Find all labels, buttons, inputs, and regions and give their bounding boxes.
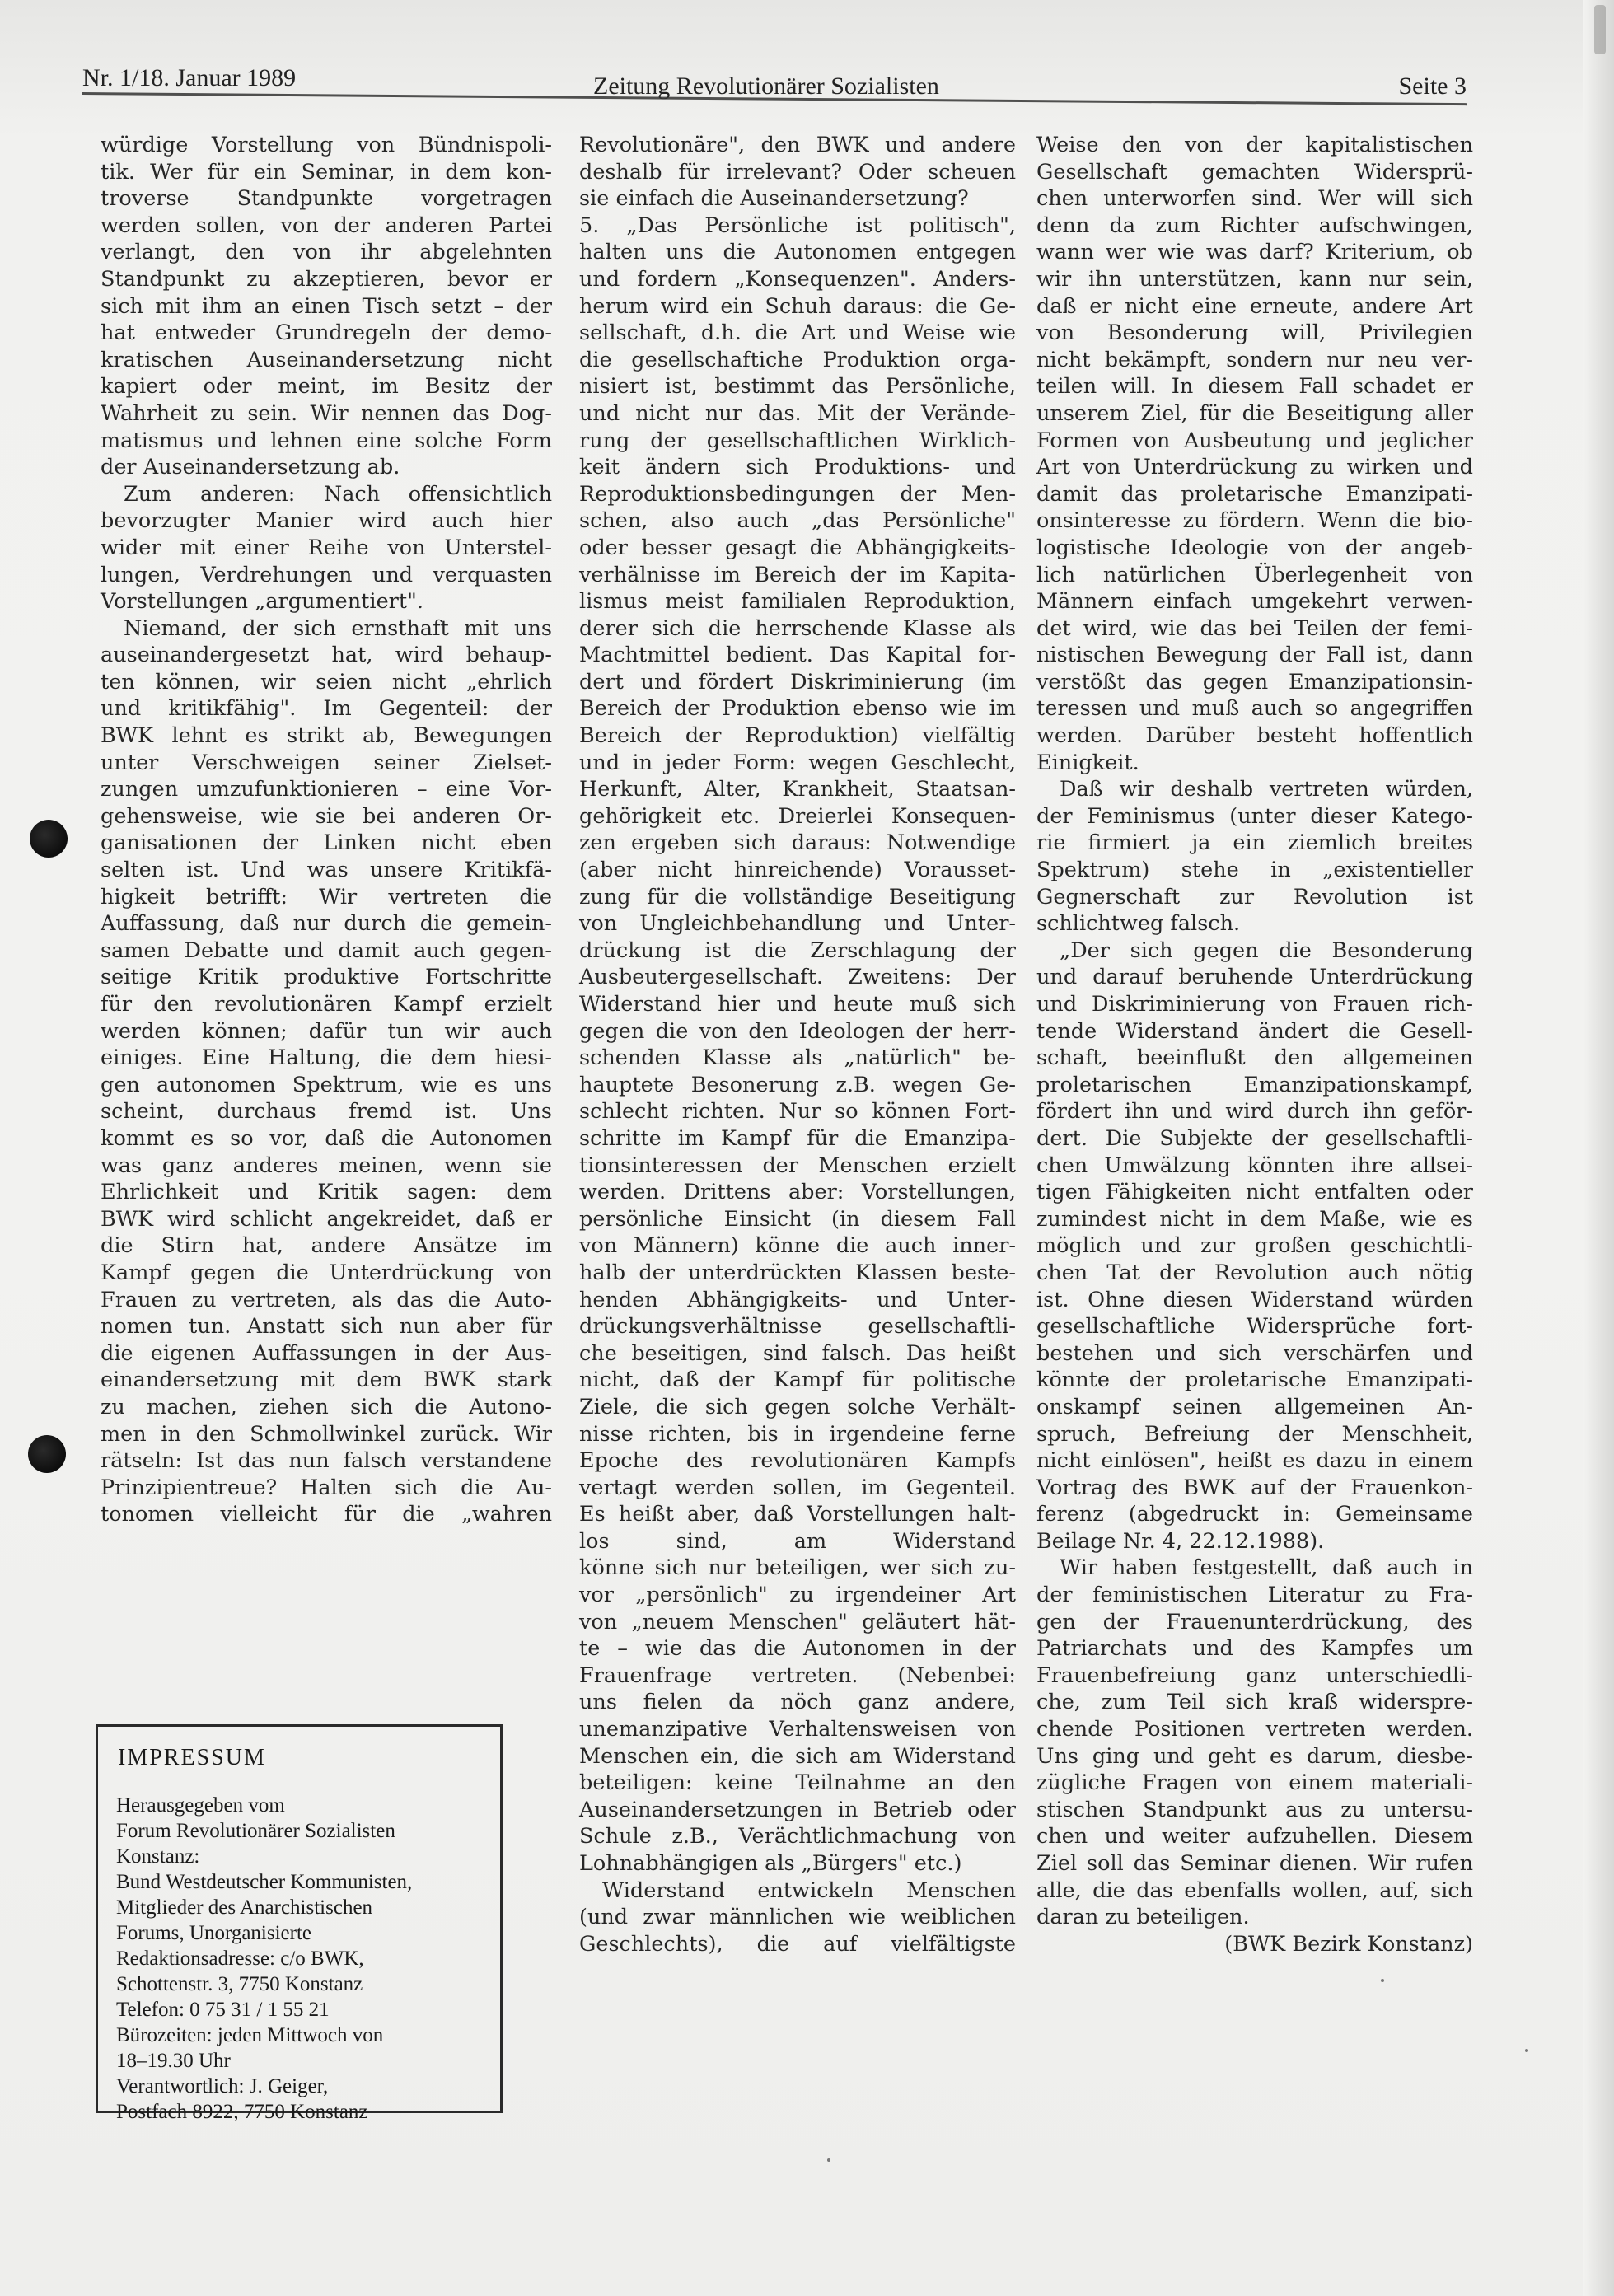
text-line: Gegnerschaft zur Revolution ist <box>1036 884 1473 911</box>
scan-corner-mark <box>1594 5 1606 54</box>
scan-speck <box>1381 1979 1384 1982</box>
text-line: die eigenen Auffassungen in der Aus- <box>101 1340 552 1368</box>
text-line: halten uns die Autonomen entgegen <box>579 239 1016 266</box>
text-line: hat entweder Grundregeln der demo- <box>101 320 552 347</box>
text-line: Ehrlichkeit und Kritik sagen: dem <box>101 1179 552 1206</box>
text-line: schaft, beeinflußt den allgemeinen <box>1036 1045 1473 1072</box>
text-line: ganisationen der Linken nicht eben <box>101 830 552 857</box>
text-line: sich mit ihm an einen Tisch setzt – der <box>101 293 552 320</box>
text-line: che, zum Teil sich kraß widerspre- <box>1036 1689 1473 1716</box>
impressum-line: 18–19.30 Uhr <box>116 2048 495 2074</box>
text-line: tionsinteressen der Menschen erzielt <box>579 1153 1016 1180</box>
text-line: kratischen Auseinandersetzung nicht <box>101 347 552 374</box>
page-number: Seite 3 <box>1399 72 1467 101</box>
text-line: Wir haben festgestellt, daß auch in <box>1036 1555 1473 1582</box>
text-line: Ausbeutergesellschaft. Zweitens: Der <box>579 964 1016 991</box>
text-line: denn da zum Richter aufschwingen, <box>1036 213 1473 240</box>
text-line: logistische Ideologie von der angeb- <box>1036 535 1473 562</box>
text-line: Revolutionäre", den BWK und andere <box>579 132 1016 159</box>
text-line: Patriarchats und des Kampfes um <box>1036 1635 1473 1662</box>
text-line: nicht bekämpft, sondern nur neu ver- <box>1036 347 1473 374</box>
text-line: kommt es so vor, daß die Autonomen <box>101 1125 552 1153</box>
text-line: keit ändern sich Produktions- und <box>579 454 1016 481</box>
text-line: Widerstand entwickeln Menschen <box>579 1877 1016 1905</box>
text-line: nomen tun. Anstatt sich nun aber für <box>101 1313 552 1340</box>
text-line: BWK wird schlicht angekreidet, daß er <box>101 1206 552 1233</box>
text-line: Machtmittel bedient. Das Kapital for- <box>579 642 1016 669</box>
impressum-line: Bürozeiten: jeden Mittwoch von <box>116 2022 495 2048</box>
text-line: chende Positionen vertreten werden. <box>1036 1716 1473 1743</box>
text-line: deshalb für irrelevant? Oder scheuen <box>579 159 1016 186</box>
text-line: verlangt, den von ihr abgelehnten <box>101 239 552 266</box>
text-line: vor „persönlich" zu irgendeiner Art <box>579 1582 1016 1609</box>
text-line: seitige Kritik produktive Fortschritte <box>101 964 552 991</box>
text-line: (aber nicht hinreichende) Vorausset- <box>579 857 1016 884</box>
text-line: würdige Vorstellung von Bündnispoli- <box>101 132 552 159</box>
impressum-title: IMPRESSUM <box>118 1745 266 1771</box>
text-line: chen Tat der Revolution auch nötig <box>1036 1260 1473 1287</box>
text-line: rätseln: Ist das nun falsch verstandene <box>101 1447 552 1475</box>
text-line: zung für die vollständige Beseitigung <box>579 884 1016 911</box>
impressum-line: Forum Revolutionärer Sozialisten <box>116 1818 495 1844</box>
text-line: und darauf beruhende Unterdrückung <box>1036 964 1473 991</box>
text-line: herum wird ein Schuh daraus: die Ge- <box>579 293 1016 320</box>
text-line: teressen und muß auch so angegriffen <box>1036 695 1473 722</box>
text-line: chen unterworfen sind. Wer will sich <box>1036 185 1473 213</box>
text-line: werden. Drittens aber: Vorstellungen, <box>579 1179 1016 1206</box>
text-line: vertagt werden sollen, im Gegenteil. <box>579 1475 1016 1502</box>
text-line: Formen von Ausbeutung und jeglicher <box>1036 428 1473 455</box>
text-line: was ganz anderes meinen, wenn sie <box>101 1153 552 1180</box>
text-line: onskampf seinen allgemeinen An- <box>1036 1394 1473 1421</box>
impressum-line: Telefon: 0 75 31 / 1 55 21 <box>116 1997 495 2022</box>
text-line: fördert ihn und wird durch ihn geför- <box>1036 1098 1473 1125</box>
text-line: daran zu beteiligen. <box>1036 1904 1473 1931</box>
text-line: Frauen zu vertreten, als das die Auto- <box>101 1287 552 1314</box>
text-line: gehensweise, wie sie bei anderen Or- <box>101 803 552 830</box>
text-line: und nicht nur das. Mit der Verände- <box>579 400 1016 428</box>
text-line: Auffassung, daß nur durch die gemein- <box>101 910 552 938</box>
text-line: onsinteresse zu fördern. Wenn die bio- <box>1036 507 1473 535</box>
text-line: der feministischen Literatur zu Fra- <box>1036 1582 1473 1609</box>
newspaper-page: Nr. 1/18. Januar 1989 Zeitung Revolution… <box>0 0 1614 2296</box>
text-line: Wahrheit zu sein. Wir nennen das Dog- <box>101 400 552 428</box>
text-line: damit das proletarische Emanzipati- <box>1036 481 1473 508</box>
text-line: dert und fördert Diskriminierung (im <box>579 669 1016 696</box>
text-line: Vortrag des BWK auf der Frauenkon- <box>1036 1475 1473 1502</box>
text-line: und in jeder Form: wegen Geschlecht, <box>579 750 1016 777</box>
text-line: wir ihn unterstützen, kann nur sein, <box>1036 266 1473 293</box>
text-line: stischen Standpunkt aus zu untersu- <box>1036 1797 1473 1824</box>
text-line: zungen umzufunktionieren – eine Vor- <box>101 776 552 803</box>
article-column-3: Weise den von der kapitalistischenGesell… <box>1036 132 1473 1957</box>
text-line: persönliche Einsicht (in diesem Fall <box>579 1206 1016 1233</box>
text-line: der Feminismus (unter dieser Katego- <box>1036 803 1473 830</box>
text-line: unemanzipative Verhaltensweisen von <box>579 1716 1016 1743</box>
text-line: von Männern) könne die auch inner- <box>579 1232 1016 1260</box>
text-line: daß er nicht eine erneute, andere Art <box>1036 293 1473 320</box>
text-line: Prinzipientreue? Halten sich die Au- <box>101 1475 552 1502</box>
text-line: chen und weiter aufzuhellen. Diesem <box>1036 1823 1473 1850</box>
text-line: tigen Fähigkeiten nicht entfalten oder <box>1036 1179 1473 1206</box>
text-line: zügliche Fragen von einem materiali- <box>1036 1770 1473 1797</box>
text-line: sie einfach die Auseinandersetzung? <box>579 185 1016 213</box>
text-line: 5. „Das Persönliche ist politisch", <box>579 213 1016 240</box>
text-line: und fordern „Konsequenzen". Anders- <box>579 266 1016 293</box>
impressum-line: Konstanz: <box>116 1844 495 1869</box>
text-line: Herkunft, Alter, Krankheit, Staatsan- <box>579 776 1016 803</box>
scan-speck <box>827 2158 830 2162</box>
text-line: auseinandergesetzt hat, wird behaup- <box>101 642 552 669</box>
text-line: uns fielen da nöch ganz andere, <box>579 1689 1016 1716</box>
text-line: und Diskriminierung von Frauen rich- <box>1036 991 1473 1018</box>
impressum-line: Redaktionsadresse: c/o BWK, <box>116 1946 495 1971</box>
text-line: scheint, durchaus fremd ist. Uns <box>101 1098 552 1125</box>
text-line: chen Umwälzung könnten ihre allsei- <box>1036 1153 1473 1180</box>
text-line: schritte im Kampf für die Emanzipa- <box>579 1125 1016 1153</box>
text-line: die gesellschaftiche Produktion orga- <box>579 347 1016 374</box>
text-line: che beseitigen, sind falsch. Das heißt <box>579 1340 1016 1368</box>
text-line: die Stirn hat, andere Ansätze im <box>101 1232 552 1260</box>
text-line: könnte der proletarische Emanzipati- <box>1036 1367 1473 1394</box>
text-line: für den revolutionären Kampf erzielt <box>101 991 552 1018</box>
text-line: gesellschaftliche Widersprüche fort- <box>1036 1313 1473 1340</box>
text-line: troverse Standpunkte vorgetragen <box>101 185 552 213</box>
text-line: Bereich der Produktion ebenso wie im <box>579 695 1016 722</box>
text-line: Reproduktionsbedingungen der Men- <box>579 481 1016 508</box>
text-line: det wird, wie das bei Teilen der femi- <box>1036 615 1473 643</box>
text-line: zu machen, ziehen sich die Autono- <box>101 1394 552 1421</box>
text-line: Weise den von der kapitalistischen <box>1036 132 1473 159</box>
text-line: zen ergeben sich daraus: Notwendige <box>579 830 1016 857</box>
text-line: ferenz (abgedruckt in: Gemeinsame <box>1036 1501 1473 1528</box>
text-line: lismus meist familialen Reproduktion, <box>579 588 1016 615</box>
punch-hole-upper <box>30 820 68 858</box>
text-line: matismus und lehnen eine solche Form <box>101 428 552 455</box>
text-line: samen Debatte und damit auch gegen- <box>101 938 552 965</box>
text-line: verhälnisse im Bereich der im Kapita- <box>579 562 1016 589</box>
text-line: dert. Die Subjekte der gesellschaftli- <box>1036 1125 1473 1153</box>
text-line: verstößt das gegen Emanzipationsin- <box>1036 669 1473 696</box>
text-line: proletarischen Emanzipationskampf, <box>1036 1072 1473 1099</box>
text-line: nisiert ist, bestimmt das Persönliche, <box>579 373 1016 400</box>
text-line: henden Abhängigkeits- und Unter- <box>579 1287 1016 1314</box>
punch-hole-lower <box>28 1435 66 1473</box>
text-line: lich natürlichen Überlegenheit von <box>1036 562 1473 589</box>
text-line: möglich und zur großen geschichtli- <box>1036 1232 1473 1260</box>
text-line: halb der unterdrückten Klassen beste- <box>579 1260 1016 1287</box>
text-line: Uns ging und geht es darum, diesbe- <box>1036 1743 1473 1770</box>
text-line: tende Widerstand ändert die Gesell- <box>1036 1018 1473 1045</box>
impressum-line: Bund Westdeutscher Kommunisten, <box>116 1869 495 1895</box>
text-line: Standpunkt zu akzeptieren, bevor er <box>101 266 552 293</box>
text-line: Gesellschaft gemachten Widersprü- <box>1036 159 1473 186</box>
text-line: bevorzugter Manier wird auch hier <box>101 507 552 535</box>
text-line: und kritikfähig". Im Gegenteil: der <box>101 695 552 722</box>
scan-speck <box>1525 2049 1528 2052</box>
text-line: Frauenbefreiung ganz unterschiedli- <box>1036 1662 1473 1690</box>
text-line: schenden Klasse als „natürlich" be- <box>579 1045 1016 1072</box>
text-line: oder besser gesagt die Abhängigkeits- <box>579 535 1016 562</box>
text-line: Ziele, die sich gegen solche Verhält- <box>579 1394 1016 1421</box>
text-line: nisse richten, bis in irgendeine ferne <box>579 1421 1016 1448</box>
text-line: Ziel soll das Seminar dienen. Wir rufen <box>1036 1850 1473 1877</box>
text-line: werden. Darüber besteht hoffentlich <box>1036 722 1473 750</box>
impressum-line: Schottenstr. 3, 7750 Konstanz <box>116 1971 495 1997</box>
text-line: Art von Unterdrückung zu wirken und <box>1036 454 1473 481</box>
text-line: werden können; dafür tun wir auch <box>101 1018 552 1045</box>
text-line: der Auseinandersetzung ab. <box>101 454 552 481</box>
text-line: teilen will. In diesem Fall schadet er <box>1036 373 1473 400</box>
text-line: kapiert oder meint, im Besitz der <box>101 373 552 400</box>
text-line: gegen die von den Ideologen der herr- <box>579 1018 1016 1045</box>
text-line: alle, die das ebenfalls wollen, auf, sic… <box>1036 1877 1473 1905</box>
text-line: Kampf gegen die Unterdrückung von <box>101 1260 552 1287</box>
text-line: tik. Wer für ein Seminar, in dem kon- <box>101 159 552 186</box>
text-line: einiges. Eine Haltung, die dem hiesi- <box>101 1045 552 1072</box>
text-line: rie firmiert ja ein ziemlich breites <box>1036 830 1473 857</box>
impressum-line: Forums, Unorganisierte <box>116 1920 495 1946</box>
text-line: Beilage Nr. 4, 22.12.1988). <box>1036 1528 1473 1555</box>
text-line: drückungsverhältnisse gesellschaftli- <box>579 1313 1016 1340</box>
text-line: Es heißt aber, daß Vorstellungen halt- <box>579 1501 1016 1528</box>
text-line: beteiligen: keine Teilnahme an den <box>579 1770 1016 1797</box>
text-line: men in den Schmollwinkel zurück. Wir <box>101 1421 552 1448</box>
text-line: unserem Ziel, für die Beseitigung aller <box>1036 400 1473 428</box>
text-line: ist. Ohne diesen Widerstand würden <box>1036 1287 1473 1314</box>
text-line: Einigkeit. <box>1036 750 1473 777</box>
text-line: tonomen vielleicht für die „wahren <box>101 1501 552 1528</box>
impressum-line: Herausgegeben vom <box>116 1793 495 1818</box>
text-line: rung der gesellschaftlichen Wirklich- <box>579 428 1016 455</box>
text-line: derer sich die herrschende Klasse als <box>579 615 1016 643</box>
text-line: sellschaft, d.h. die Art und Weise wie <box>579 320 1016 347</box>
impressum-line: Postfach 8922, 7750 Konstanz <box>116 2099 495 2125</box>
text-line: Epoche des revolutionären Kampfs <box>579 1447 1016 1475</box>
text-line: spruch, Befreiung der Menschheit, <box>1036 1421 1473 1448</box>
page-header: Nr. 1/18. Januar 1989 Zeitung Revolution… <box>82 49 1467 115</box>
text-line: einandersetzung mit dem BWK stark <box>101 1367 552 1394</box>
text-line: Niemand, der sich ernsthaft mit uns <box>101 615 552 643</box>
issue-date: Nr. 1/18. Januar 1989 <box>82 64 296 92</box>
text-line: werden sollen, von der anderen Partei <box>101 213 552 240</box>
text-line: Schule z.B., Verächtlichmachung von <box>579 1823 1016 1850</box>
article-column-2: Revolutionäre", den BWK und anderedeshal… <box>579 132 1016 1957</box>
text-line: los sind, am Widerstand <box>579 1528 1016 1555</box>
text-line: unter Verschweigen seiner Zielset- <box>101 750 552 777</box>
article-column-1: würdige Vorstellung von Bündnispoli-tik.… <box>101 132 552 1528</box>
text-line: bestehen und sich verschärfen und <box>1036 1340 1473 1368</box>
article-signature: (BWK Bezirk Konstanz) <box>1036 1931 1473 1958</box>
text-line: Auseinandersetzungen in Betrieb oder <box>579 1797 1016 1824</box>
text-line: wann wer wie was darf? Kriterium, ob <box>1036 239 1473 266</box>
text-line: schlichtweg falsch. <box>1036 910 1473 938</box>
text-line: schlecht richten. Nur so können Fort- <box>579 1098 1016 1125</box>
impressum-line: Mitglieder des Anarchistischen <box>116 1895 495 1920</box>
text-line: Männern einfach umgekehrt verwen- <box>1036 588 1473 615</box>
text-line: gen der Frauenunterdrückung, des <box>1036 1609 1473 1636</box>
text-line: Menschen ein, die sich am Widerstand <box>579 1743 1016 1770</box>
text-line: (und zwar männlichen wie weiblichen <box>579 1904 1016 1931</box>
text-line: nicht, daß der Kampf für politische <box>579 1367 1016 1394</box>
text-line: nicht einlösen", heißt es dazu in einem <box>1036 1447 1473 1475</box>
text-line: schen, also auch „das Persönliche" <box>579 507 1016 535</box>
impressum-body: Herausgegeben vomForum Revolutionärer So… <box>116 1793 495 2125</box>
text-line: nistischen Bewegung der Fall ist, dann <box>1036 642 1473 669</box>
text-line: higkeit betrifft: Wir vertreten die <box>101 884 552 911</box>
text-line: könne sich nur beteiligen, wer sich zu- <box>579 1555 1016 1582</box>
text-line: Geschlechts), die auf vielfältigste <box>579 1931 1016 1958</box>
text-line: Daß wir deshalb vertreten würden, <box>1036 776 1473 803</box>
text-line: gen autonomen Spektrum, wie es uns <box>101 1072 552 1099</box>
text-line: hauptete Besonerung z.B. wegen Ge- <box>579 1072 1016 1099</box>
text-line: wider mit einer Reihe von Unterstel- <box>101 535 552 562</box>
text-line: te – wie das die Autonomen in der <box>579 1635 1016 1662</box>
text-line: Frauenfrage vertreten. (Nebenbei: <box>579 1662 1016 1690</box>
scan-edge-shadow <box>1583 0 1614 2296</box>
impressum-box: IMPRESSUM Herausgegeben vomForum Revolut… <box>96 1724 503 2113</box>
text-line: Lohnabhängigen als „Bürgers" etc.) <box>579 1850 1016 1877</box>
text-line: von Besonderung will, Privilegien <box>1036 320 1473 347</box>
text-line: selten ist. Und was unsere Kritikfä- <box>101 857 552 884</box>
text-line: zumindest nicht in dem Maße, wie es <box>1036 1206 1473 1233</box>
impressum-line: Verantwortlich: J. Geiger, <box>116 2074 495 2099</box>
text-line: Widerstand hier und heute muß sich <box>579 991 1016 1018</box>
text-line: ten können, wir seien nicht „ehrlich <box>101 669 552 696</box>
text-line: Bereich der Reproduktion) vielfältig <box>579 722 1016 750</box>
text-line: Spektrum) stehe in „existentieller <box>1036 857 1473 884</box>
text-line: Zum anderen: Nach offensichtlich <box>101 481 552 508</box>
text-line: lungen, Verdrehungen und verquasten <box>101 562 552 589</box>
text-line: von „neuem Menschen" geläutert hät- <box>579 1609 1016 1636</box>
text-line: BWK lehnt es strikt ab, Bewegungen <box>101 722 552 750</box>
text-line: von Ungleichbehandlung und Unter- <box>579 910 1016 938</box>
text-line: gehörigkeit etc. Dreierlei Konsequen- <box>579 803 1016 830</box>
text-line: „Der sich gegen die Besonderung <box>1036 938 1473 965</box>
text-line: drückung ist die Zerschlagung der <box>579 938 1016 965</box>
text-line: Vorstellungen „argumentiert". <box>101 588 552 615</box>
